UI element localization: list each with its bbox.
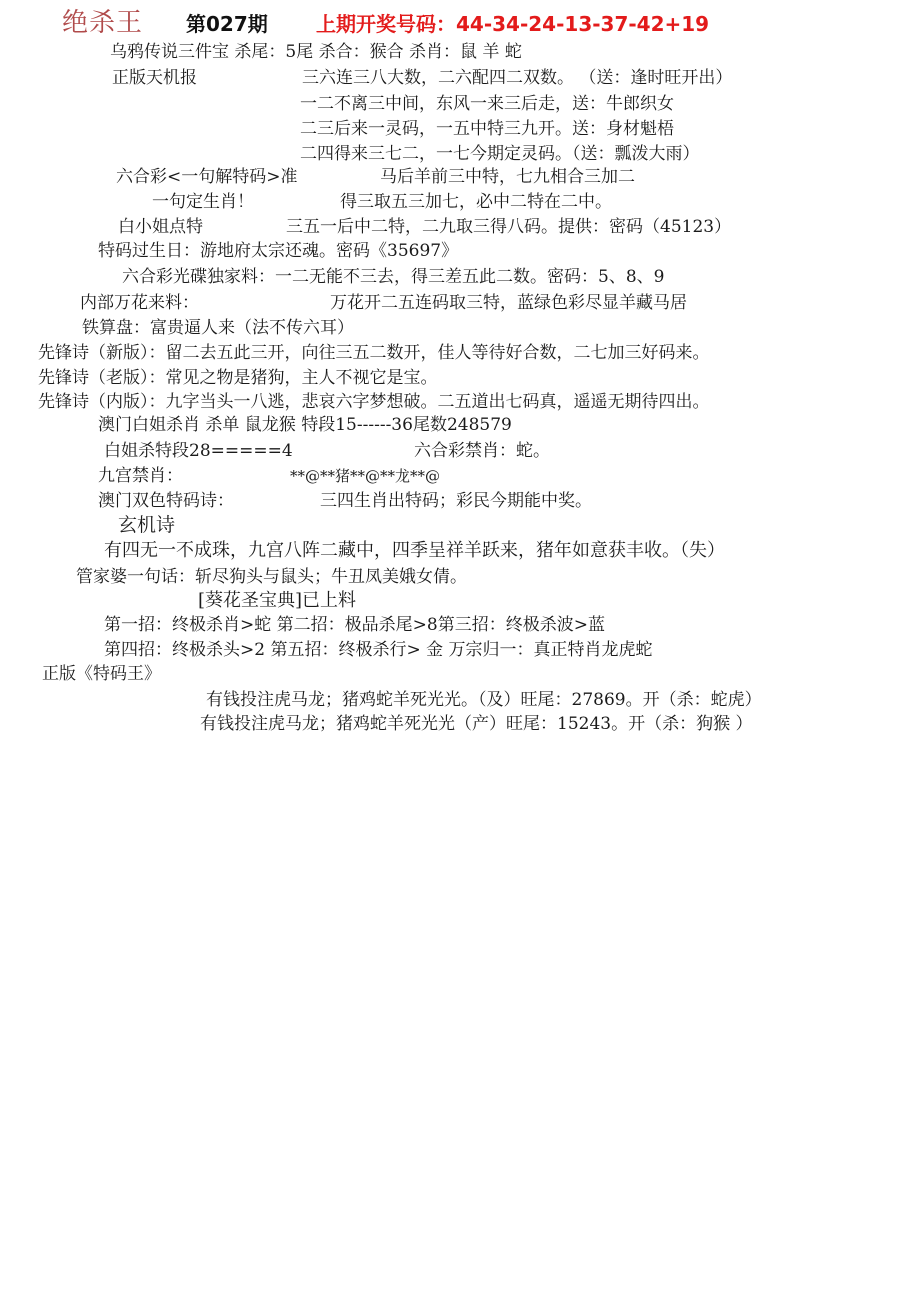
logo: 绝杀王 — [62, 2, 143, 39]
line-temawang-1: 有钱投注虎马龙；猪鸡蛇羊死光光。（及）旺尾：27869。开（杀：蛇虎） — [206, 689, 762, 711]
line-tianjibao-1: 三六连三八大数，二六配四二双数。 （送：逢时旺开出） — [302, 67, 732, 89]
line-macau-poem-text: 三四生肖出特码；彩民今期能中奖。 — [320, 490, 592, 512]
line-wanhua-text: 万花开二五连码取三特，蓝绿色彩尽显羊藏马居 — [330, 292, 687, 314]
line-jiugong-text: **@**猪**@**龙**@ — [290, 465, 440, 487]
line-temawang-title: 正版《特码王》 — [42, 663, 161, 685]
line-cd-exclusive: 六合彩光碟独家料：一二无能不三去，得三差五此二数。密码：5、8、9 — [122, 266, 664, 288]
line-zodiac-label: 一句定生肖！ — [152, 191, 254, 213]
line-baixiaojie-text: 三五一后中二特，二九取三得八码。提供：密码（45123） — [286, 216, 731, 238]
line-move-4-5: 第四招：终极杀头>2 第五招：终极杀行> 金 万宗归一：真正特肖龙虎蛇 — [104, 639, 653, 661]
line-macau-poem-label: 澳门双色特码诗： — [98, 490, 234, 512]
line-pioneer-old: 先锋诗（老版）：常见之物是猪狗，主人不视它是宝。 — [38, 367, 438, 389]
line-tianjibao-label: 正版天机报 — [112, 67, 197, 89]
last-result: 上期开奖号码：44-34-24-13-37-42+19 — [316, 8, 709, 37]
last-result-label: 上期开奖号码： — [316, 12, 456, 36]
line-xuanji-poem: 有四无一不成珠，九宫八阵二藏中，四季呈祥羊跃来，猪年如意获丰收。（失） — [104, 540, 725, 562]
line-baixiaojie-label: 白小姐点特 — [118, 216, 203, 238]
last-result-numbers: 44-34-24-13-37-42+19 — [456, 12, 709, 36]
line-tianjibao-4: 二四得来三七二，一七今期定灵码。（送：瓢泼大雨） — [300, 143, 700, 165]
line-banned-zodiac: 六合彩禁肖：蛇。 — [414, 440, 550, 462]
line-jiugong-label: 九宫禁肖： — [98, 465, 183, 487]
issue-number: 第027期 — [186, 8, 268, 37]
line-one-sentence-label: 六合彩<一句解特码>准 — [116, 166, 298, 188]
line-baijie-segment: 白姐杀特段28=====4 — [104, 440, 293, 462]
line-xuanji-title: 玄机诗 — [118, 514, 175, 536]
line-housekeeper: 管家婆一句话：斩尽狗头与鼠头；牛丑凤美娥女倩。 — [76, 566, 467, 588]
line-kuihua-title: [葵花圣宝典]已上料 — [198, 590, 356, 612]
line-pioneer-new: 先锋诗（新版）：留二去五此三开，向往三五二数开，佳人等待好合数，二七加三好码来。 — [38, 342, 710, 364]
line-tianjibao-3: 二三后来一灵码，一五中特三九开。送：身材魁梧 — [300, 118, 674, 140]
line-birthday: 特码过生日：游地府太宗还魂。密码《35697》 — [98, 240, 458, 262]
line-macau-baijie: 澳门白姐杀肖 杀单 鼠龙猴 特段15------36尾数248579 — [98, 414, 512, 436]
line-one-sentence-text: 马后羊前三中特，七九相合三加二 — [380, 166, 635, 188]
line-temawang-2: 有钱投注虎马龙；猪鸡蛇羊死光光（产）旺尾：15243。开（杀：狗猴 ） — [200, 713, 752, 735]
line-move-1-3: 第一招：终极杀肖>蛇 第二招：极品杀尾>8第三招：终极杀波>蓝 — [104, 614, 605, 636]
line-wanhua-label: 内部万花来料： — [80, 292, 199, 314]
line-crow-legend: 乌鸦传说三件宝 杀尾：5尾 杀合：猴合 杀肖：鼠 羊 蛇 — [110, 41, 522, 63]
line-zodiac-text: 得三取五三加七，必中二特在二中。 — [340, 191, 612, 213]
line-tianjibao-2: 一二不离三中间，东风一来三后走，送：牛郎织女 — [300, 93, 674, 115]
line-tiesuanpan: 铁算盘：富贵逼人来（法不传六耳） — [82, 317, 354, 339]
line-pioneer-inner: 先锋诗（内版）：九字当头一八逃，悲哀六字梦想破。二五道出七码真，遥遥无期待四出。 — [38, 391, 710, 413]
